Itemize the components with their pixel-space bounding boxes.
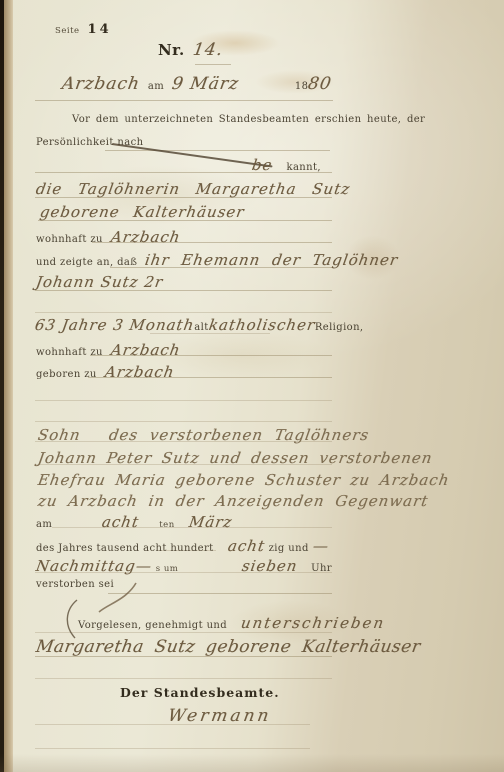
- death-year-dash: —: [311, 537, 330, 555]
- registrar-title: Der Standesbeamte.: [120, 685, 280, 700]
- declarant-maiden-name: geborene Kalterhäuser: [39, 203, 246, 221]
- parents-son-label: Sohn: [37, 426, 82, 444]
- residence2-value: Arzbach: [109, 341, 181, 359]
- death-place-value: zu Arzbach in der Anzeigenden Gegenwart: [37, 492, 430, 510]
- death-time-uhr-label: Uhr: [311, 563, 332, 574]
- deceased-name-line: Johann Sutz 2r: [36, 273, 163, 291]
- declarant-name: die Taglöhnerin Margaretha Sutz: [35, 180, 352, 198]
- registrar-signature: Wermann: [166, 706, 273, 726]
- page-number-block: Seite 14: [55, 22, 112, 37]
- death-time-line: Nachmittag — s um sieben Uhr: [36, 557, 332, 575]
- record-number: 14.: [191, 40, 224, 60]
- death-date-line: am acht ten März: [36, 513, 332, 531]
- death-time-dash: —: [134, 557, 153, 575]
- ruled-line: [35, 421, 332, 422]
- attestation-line: Vorgelesen, genehmigt und unterschrieben: [78, 614, 385, 632]
- am-label: am: [148, 81, 164, 92]
- ruled-line: [35, 748, 310, 749]
- pen-flourish: [96, 580, 138, 616]
- ruled-line: [35, 312, 332, 313]
- parents-line-3: Ehefrau Maria geborene Schuster zu Arzba…: [38, 471, 449, 489]
- parents-line-1: Sohn des verstorbenen Taglöhners: [38, 426, 369, 444]
- registrar-title-line: Der Standesbeamte.: [120, 685, 280, 700]
- religion-label: Religion,: [315, 322, 364, 333]
- death-date-ten-suffix: ten: [159, 520, 174, 530]
- death-time-um-label: s um: [156, 564, 179, 574]
- ruled-line: [195, 64, 231, 65]
- report-label: und zeigte an, daß: [36, 257, 137, 268]
- age-religion-line: 63 Jahre 3 Monath alt katholischer Relig…: [35, 316, 332, 334]
- intro-line: Vor dem unterzeichneten Standesbeamten e…: [72, 114, 425, 125]
- age-value: 63 Jahre 3 Monath: [34, 316, 196, 334]
- death-year-suffix: zig und: [269, 543, 309, 554]
- birthplace-value: Arzbach: [103, 363, 175, 381]
- known-printed: kannt,: [286, 162, 321, 173]
- residence-line-2: wohnhaft zu Arzbach: [36, 341, 180, 359]
- declarant-maiden-name-line: geborene Kalterhäuser: [40, 203, 245, 221]
- record-place: Arzbach: [60, 74, 141, 94]
- page-label: Seite: [55, 26, 80, 36]
- parents-father-desc: des verstorbenen Taglöhners: [107, 426, 370, 444]
- record-number-block: Nr. 14.: [158, 40, 223, 60]
- declarant-signature: Margaretha Sutz geborene Kalterhäuser: [34, 637, 422, 657]
- parents-line-2: Johann Peter Sutz und dessen verstorbene…: [38, 449, 433, 467]
- death-time-daypart: Nachmittag: [35, 557, 138, 575]
- death-date-month: März: [187, 513, 233, 531]
- death-year-printed: des Jahres tausend acht hundert: [36, 543, 214, 554]
- ruled-line: [35, 678, 332, 679]
- parents-mother-name: Ehefrau Maria geborene Schuster zu Arzba…: [37, 471, 451, 489]
- pen-stroke: [112, 143, 273, 168]
- age-label: alt: [194, 322, 208, 333]
- residence-line: wohnhaft zu Arzbach: [36, 228, 180, 246]
- residence-value: Arzbach: [109, 228, 181, 246]
- ruled-line: [105, 150, 330, 151]
- date-line: Arzbach am 9 März 18 80: [62, 74, 332, 94]
- page-bottom-shadow: [0, 754, 504, 772]
- birthplace-label: geboren zu: [36, 369, 97, 380]
- ruled-line: [35, 400, 332, 401]
- page-edge: [4, 0, 13, 772]
- record-label: Nr.: [158, 41, 185, 59]
- known-hand: be: [251, 156, 274, 174]
- religion-value: katholischer: [207, 316, 316, 334]
- declarant-signature-line: Margaretha Sutz geborene Kalterhäuser: [36, 637, 420, 657]
- record-year: 80: [307, 74, 334, 94]
- residence-label: wohnhaft zu: [36, 234, 103, 245]
- registrar-signature-line: Wermann: [168, 706, 271, 726]
- death-record-page: Seite 14 Nr. 14. Arzbach am 9 März 18 80…: [0, 0, 504, 772]
- report-line: und zeigte an, daß ihr Ehemann der Taglö…: [36, 251, 399, 269]
- birthplace-line: geboren zu Arzbach: [36, 363, 174, 381]
- death-date-day: acht: [101, 513, 141, 531]
- attestation-hand: unterschrieben: [240, 614, 387, 632]
- report-hand-1: ihr Ehemann der Taglöhner: [144, 251, 400, 269]
- death-year-line: des Jahres tausend acht hundert acht zig…: [36, 537, 329, 555]
- page-number: 14: [88, 22, 112, 37]
- death-date-am-label: am: [36, 519, 52, 530]
- attestation-printed: Vorgelesen, genehmigt und: [78, 620, 227, 631]
- parents-father-name: Johann Peter Sutz und dessen verstorbene…: [37, 449, 434, 467]
- declarant-name-line: die Taglöhnerin Margaretha Sutz: [36, 180, 350, 198]
- known-line: be kannt,: [252, 156, 321, 174]
- ruled-line: [108, 593, 332, 594]
- intro-text: Vor dem unterzeichneten Standesbeamten e…: [72, 114, 425, 125]
- residence2-label: wohnhaft zu: [36, 347, 103, 358]
- deceased-name: Johann Sutz 2r: [35, 273, 165, 291]
- death-year-hand: acht: [226, 537, 266, 555]
- death-time-hour: sieben: [240, 557, 298, 575]
- ruled-line: [35, 100, 333, 101]
- death-place-line: zu Arzbach in der Anzeigenden Gegenwart: [38, 492, 428, 510]
- record-day-month: 9 März: [171, 74, 241, 94]
